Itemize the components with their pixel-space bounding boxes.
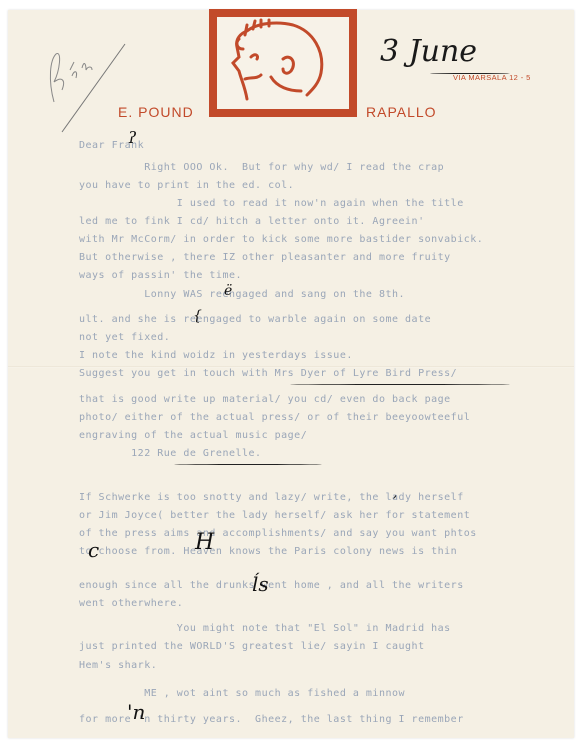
letter-line: You might note that "El Sol" in Madrid h…	[79, 623, 539, 634]
letter-line: 122 Rue de Grenelle.	[79, 448, 539, 459]
ink-correction-mark: ,	[393, 486, 397, 501]
letter-line: led me to fink I cd/ hitch a letter onto…	[79, 216, 539, 227]
ink-underline	[174, 464, 322, 465]
handwritten-date: 3 June	[380, 34, 477, 69]
letter-line: or Jim Joyce( better the lady herself/ a…	[79, 510, 539, 521]
letter-line: to choose from. Heaven knows the Paris c…	[79, 546, 539, 557]
letter-line: Lonny WAS reengaged and sang on the 8th.	[79, 289, 539, 300]
ink-underline	[290, 384, 510, 385]
letter-line: If Schwerke is too snotty and lazy/ writ…	[79, 492, 539, 503]
ink-correction-mark: c	[88, 538, 99, 562]
salutation: Dear Frank	[79, 140, 539, 151]
portrait-logo-icon	[209, 9, 357, 117]
ink-correction-mark: ë	[224, 283, 232, 299]
letter-line: engraving of the actual music page/	[79, 430, 539, 441]
date-underline	[430, 73, 510, 74]
letterhead-address: VIA MARSALA 12 - 5	[453, 73, 531, 82]
ink-correction-mark: {	[193, 308, 202, 324]
ink-correction-mark: ʔ	[128, 128, 137, 147]
letter-line: you have to print in the ed. col.	[79, 180, 539, 191]
letter-line: of the press aims and accomplishments/ a…	[79, 528, 539, 539]
letter-line: ult. and she is reengaged to warble agai…	[79, 314, 539, 325]
letter-line: enough since all the drunks went home , …	[79, 580, 539, 591]
ink-correction-mark: ĺs	[252, 572, 269, 596]
letter-line: with Mr McCorm/ in order to kick some mo…	[79, 234, 539, 245]
letter-line: just printed the WORLD'S greatest lie/ s…	[79, 641, 539, 652]
letter-line: went otherwhere.	[79, 598, 539, 609]
letter-line: ways of passin' the time.	[79, 270, 539, 281]
letter-line: photo/ either of the actual press/ or of…	[79, 412, 539, 423]
letterhead-city: RAPALLO	[366, 104, 437, 120]
letter-line: Right OOO Ok. But for why wd/ I read the…	[79, 162, 539, 173]
letter-line: that is good write up material/ you cd/ …	[79, 394, 539, 405]
ink-correction-mark: H	[195, 530, 214, 555]
letter-line: I used to read it now'n again when the t…	[79, 198, 539, 209]
letter-line: Suggest you get in touch with Mrs Dyer o…	[79, 368, 539, 379]
letter-line: not yet fixed.	[79, 332, 539, 343]
letter-line: for more 'n thirty years. Gheez, the las…	[79, 714, 539, 725]
letter-line: I note the kind woidz in yesterdays issu…	[79, 350, 539, 361]
letter-line: But otherwise , there IZ other pleasante…	[79, 252, 539, 263]
letter-line: Hem's shark.	[79, 660, 539, 671]
letter-line: ME , wot aint so much as fished a minnow	[79, 688, 539, 699]
pencil-initials-icon	[40, 40, 130, 140]
ink-correction-mark: 'n	[127, 700, 145, 724]
